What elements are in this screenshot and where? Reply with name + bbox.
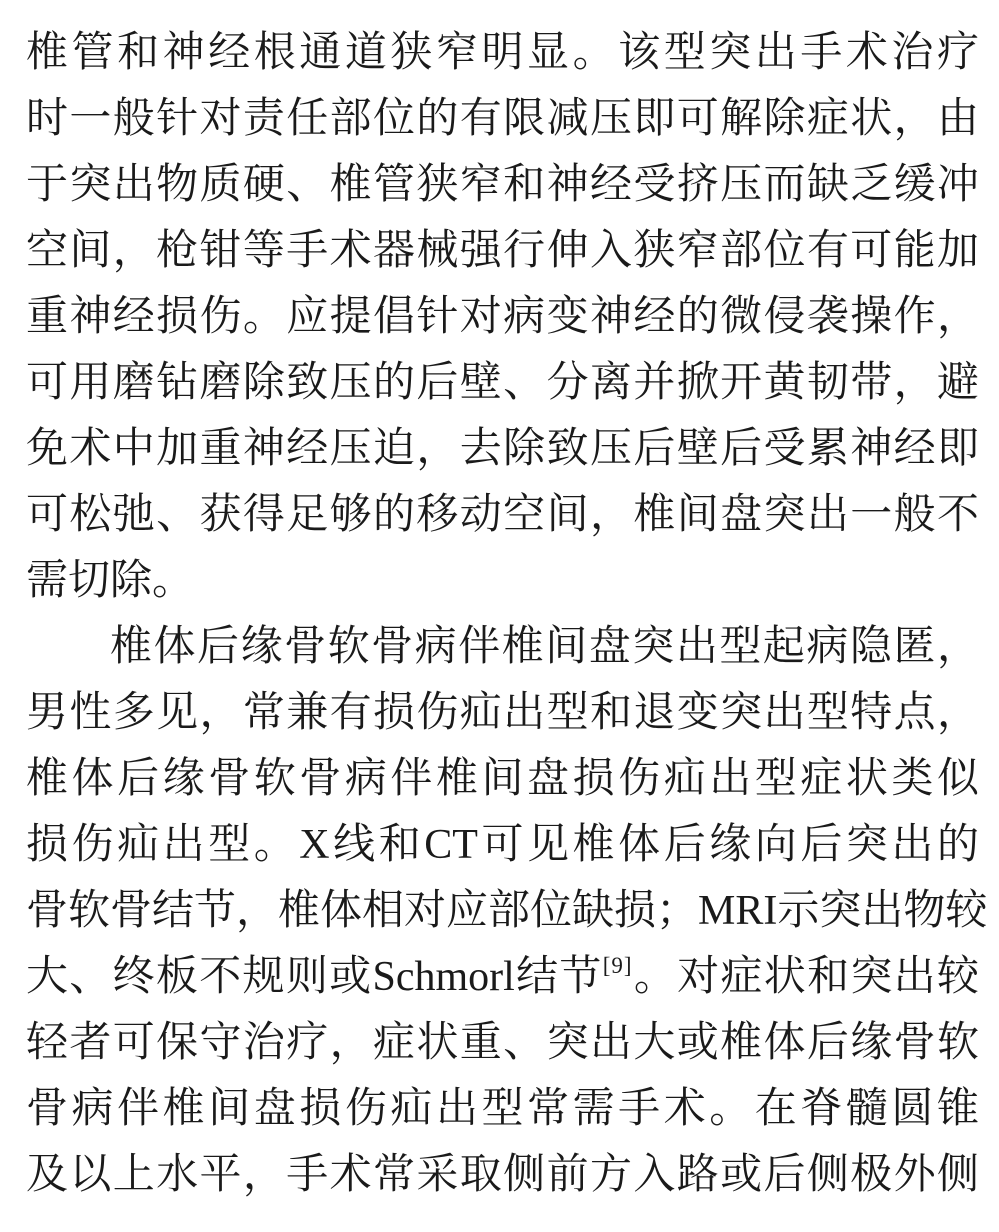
text-line: 于突出物质硬、椎管狭窄和神经受挤压而缺乏缓冲 — [26, 152, 979, 218]
text-line: 骨病伴椎间盘损伤疝出型常需手术。在脊髓圆锥 — [26, 1076, 979, 1142]
text-line: 骨软骨结节，椎体相对应部位缺损；MRI示突出物较 — [26, 878, 979, 944]
text-line: 免术中加重神经压迫，去除致压后壁后受累神经即 — [26, 416, 979, 482]
text-line: 可用磨钻磨除致压的后壁、分离并掀开黄韧带，避 — [26, 350, 979, 416]
text-line: 可松弛、获得足够的移动空间，椎间盘突出一般不 — [26, 482, 979, 548]
article-text: 椎管和神经根通道狭窄明显。该型突出手术治疗时一般针对责任部位的有限减压即可解除症… — [26, 20, 979, 1208]
text-line: 椎体后缘骨软骨病伴椎间盘突出型起病隐匿， — [26, 614, 979, 680]
text-line: 空间，枪钳等手术器械强行伸入狭窄部位有可能加 — [26, 218, 979, 284]
text-line: 需切除。 — [26, 548, 979, 614]
text-line: 椎管和神经根通道狭窄明显。该型突出手术治疗 — [26, 20, 979, 86]
text-line: 大、终板不规则或Schmorl结节[9]。对症状和突出较 — [26, 944, 979, 1010]
text-line: 椎体后缘骨软骨病伴椎间盘损伤疝出型症状类似 — [26, 746, 979, 812]
text-line: 损伤疝出型。X线和CT可见椎体后缘向后突出的 — [26, 812, 979, 878]
paragraph: 椎管和神经根通道狭窄明显。该型突出手术治疗时一般针对责任部位的有限减压即可解除症… — [26, 20, 979, 614]
text-line: 时一般针对责任部位的有限减压即可解除症状，由 — [26, 86, 979, 152]
text-line: 及以上水平，手术常采取侧前方入路或后侧极外侧 — [26, 1142, 979, 1208]
citation-reference: [9] — [603, 953, 633, 978]
text-line: 男性多见，常兼有损伤疝出型和退变突出型特点， — [26, 680, 979, 746]
text-line: 轻者可保守治疗，症状重、突出大或椎体后缘骨软 — [26, 1010, 979, 1076]
text-line: 重神经损伤。应提倡针对病变神经的微侵袭操作， — [26, 284, 979, 350]
paragraph: 椎体后缘骨软骨病伴椎间盘突出型起病隐匿，男性多见，常兼有损伤疝出型和退变突出型特… — [26, 614, 979, 1208]
page: 椎管和神经根通道狭窄明显。该型突出手术治疗时一般针对责任部位的有限减压即可解除症… — [0, 0, 999, 1232]
